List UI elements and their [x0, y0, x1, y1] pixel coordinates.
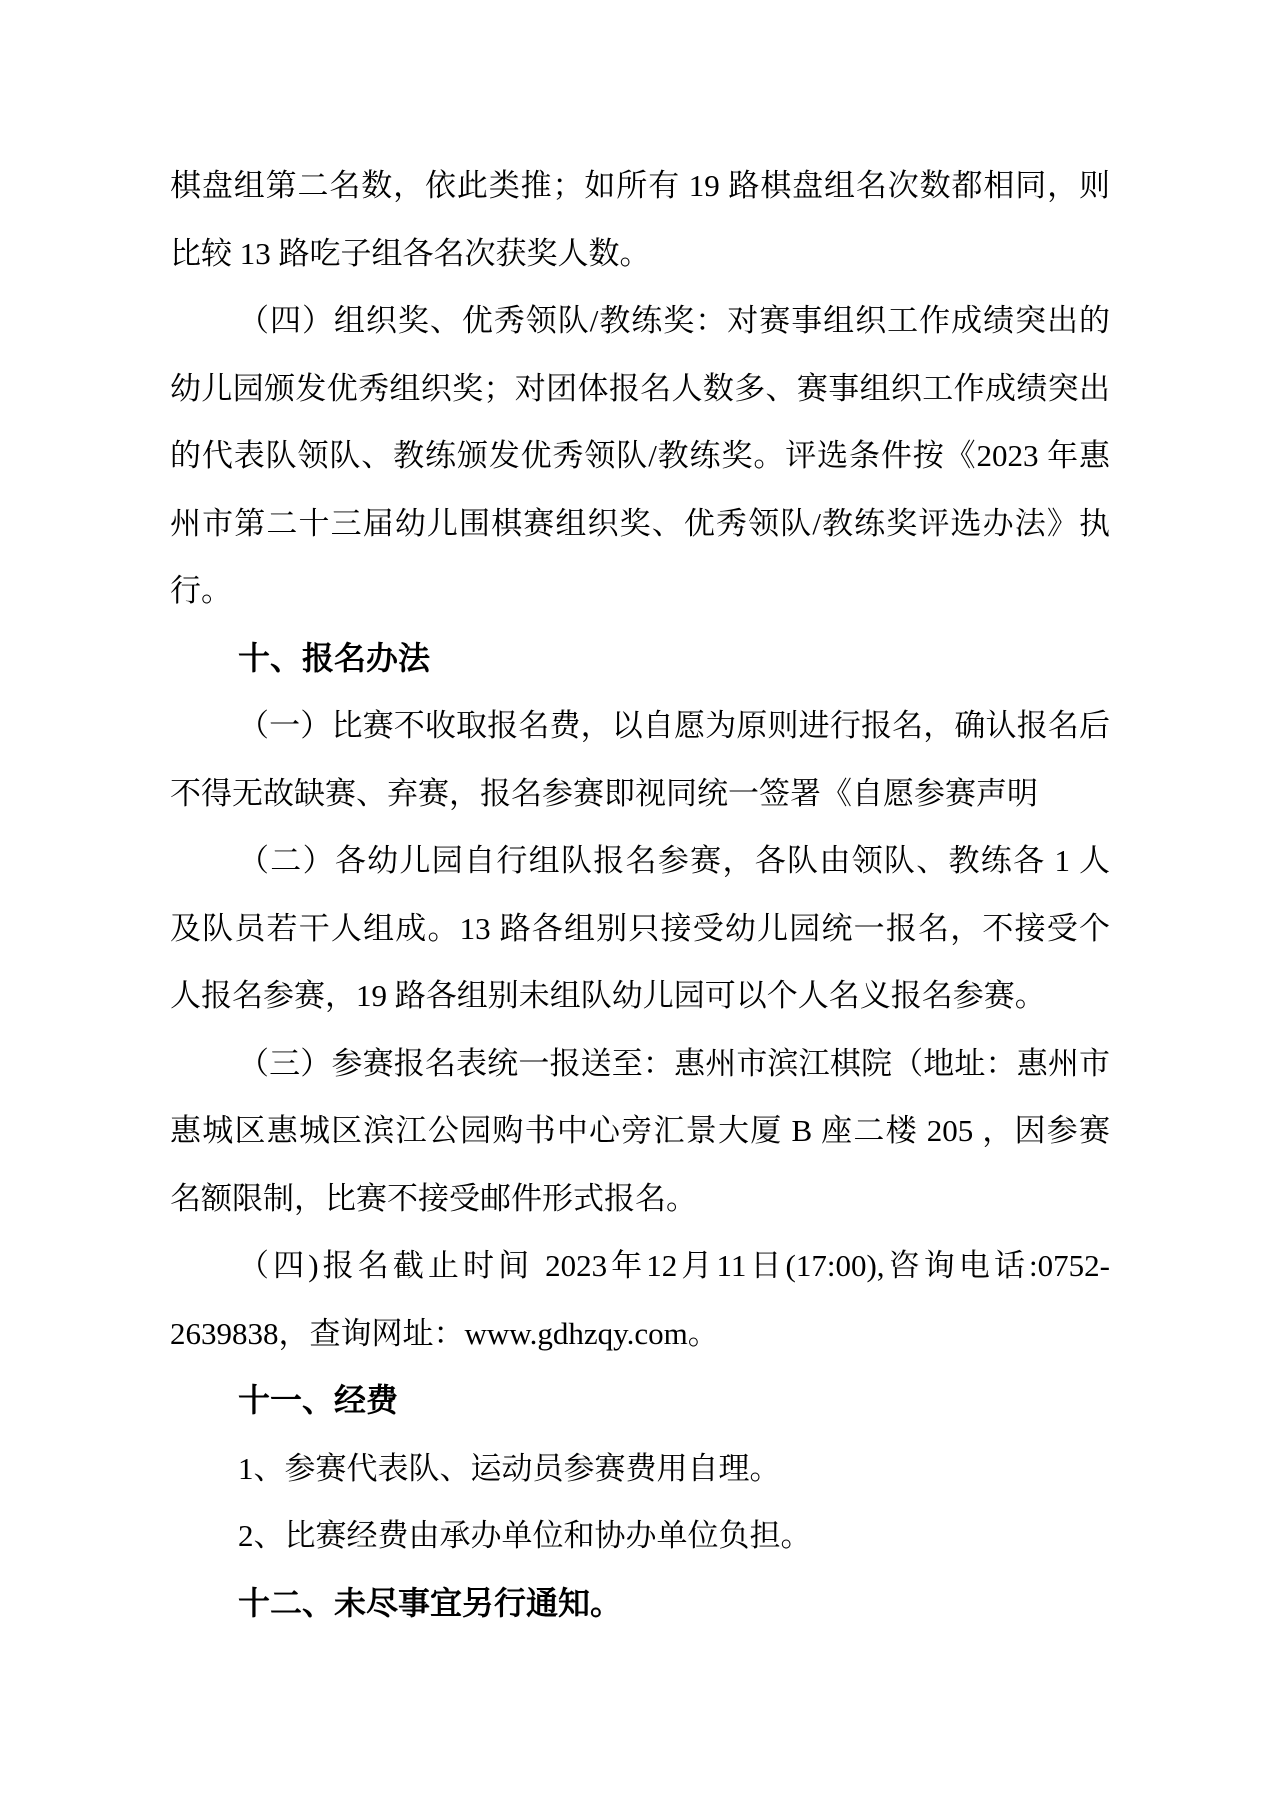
document-line: 比较 13 路吃子组各名次获奖人数。 — [170, 220, 1110, 288]
section-heading-funding: 十一、经费 — [170, 1367, 1110, 1435]
document-line: （四)报名截止时间 2023年12月11日(17:00),咨询电话:0752- — [170, 1232, 1110, 1300]
document-line: 惠城区惠城区滨江公园购书中心旁汇景大厦 B 座二楼 205 ，因参赛 — [170, 1097, 1110, 1165]
document-line: 不得无故缺赛、弃赛，报名参赛即视同统一签署《自愿参赛声明书》。 — [170, 760, 1110, 828]
document-line: （四）组织奖、优秀领队/教练奖：对赛事组织工作成绩突出的 — [170, 287, 1110, 355]
document-line: 棋盘组第二名数，依此类推；如所有 19 路棋盘组名次数都相同，则 — [170, 152, 1110, 220]
document-line: 名额限制，比赛不接受邮件形式报名。 — [170, 1165, 1110, 1233]
document-line: （一）比赛不收取报名费，以自愿为原则进行报名，确认报名后 — [170, 692, 1110, 760]
document-line: （二）各幼儿园自行组队报名参赛，各队由领队、教练各 1 人 — [170, 827, 1110, 895]
section-heading-registration: 十、报名办法 — [170, 625, 1110, 693]
document-line: 1、参赛代表队、运动员参赛费用自理。 — [170, 1435, 1110, 1503]
document-line: 的代表队领队、教练颁发优秀领队/教练奖。评选条件按《2023 年惠 — [170, 422, 1110, 490]
document-line: 行。 — [170, 557, 1110, 625]
document-line: 人报名参赛，19 路各组别未组队幼儿园可以个人名义报名参赛。 — [170, 962, 1110, 1030]
document-line: 幼儿园颁发优秀组织奖；对团体报名人数多、赛事组织工作成绩突出 — [170, 355, 1110, 423]
document-line: 州市第二十三届幼儿围棋赛组织奖、优秀领队/教练奖评选办法》执 — [170, 490, 1110, 558]
document-line: 2639838，查询网址：www.gdhzqy.com。 — [170, 1300, 1110, 1368]
document-line: （三）参赛报名表统一报送至：惠州市滨江棋院（地址：惠州市 — [170, 1030, 1110, 1098]
document-page: 棋盘组第二名数，依此类推；如所有 19 路棋盘组名次数都相同，则 比较 13 路… — [0, 0, 1280, 1810]
document-line: 2、比赛经费由承办单位和协办单位负担。 — [170, 1502, 1110, 1570]
section-heading-misc: 十二、未尽事宜另行通知。 — [170, 1570, 1110, 1638]
document-line: 及队员若干人组成。13 路各组别只接受幼儿园统一报名，不接受个 — [170, 895, 1110, 963]
